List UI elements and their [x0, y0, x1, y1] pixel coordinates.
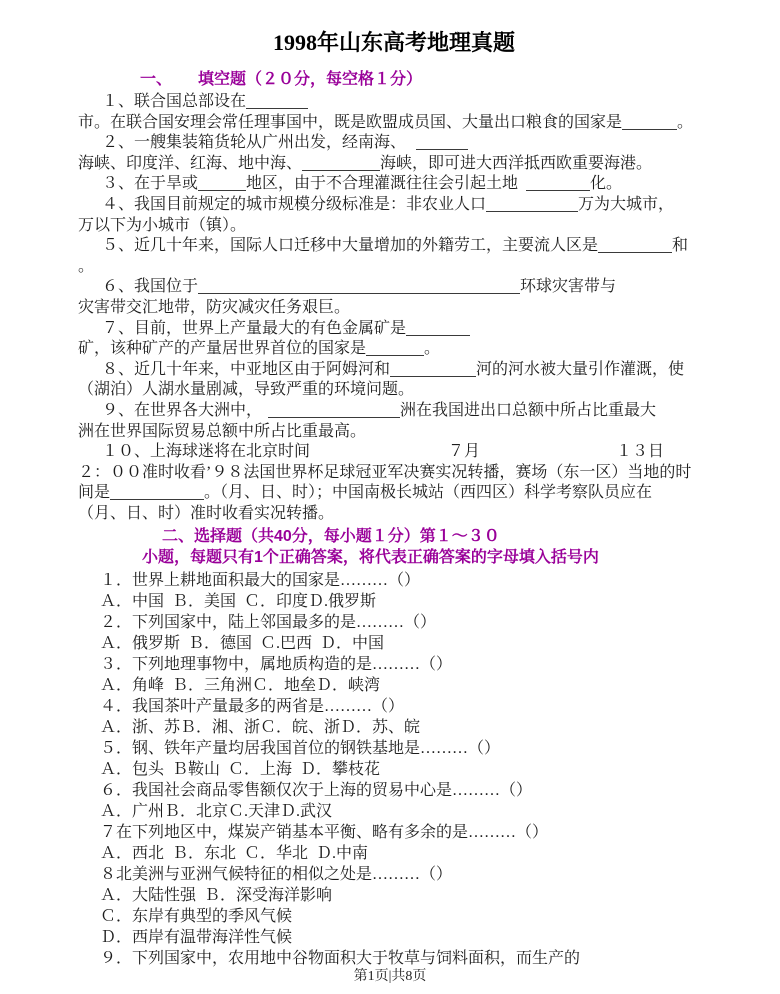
text-run: 。 [424, 340, 440, 357]
text-run: Ｃ．东岸有典型的季风气候 [100, 908, 292, 925]
mc-q5-options: Ａ．包头 Ｂ鞍山 Ｃ．上海 Ｄ．攀枝花 [100, 759, 710, 780]
text-run: 市。在联合国安理会常任理事国中，既是欧盟成员国、大量出口粮食的国家是 [78, 114, 622, 131]
mc-q8-option-c: Ｃ．东岸有典型的季风气候 [100, 906, 710, 927]
text-run: Ｄ．西岸有温带海洋性气候 [100, 929, 292, 946]
blank-underline [366, 343, 424, 356]
fill-q7-line2: 矿，该种矿产的产量居世界首位的国家是。 [78, 339, 710, 360]
mc-q7: ７在下列地区中，煤炭产销基本平衡、略有多余的是………（） [100, 822, 710, 843]
text-run: ４．我国茶叶产量最多的两省是………（） [100, 698, 404, 715]
text-run: 灾害带交汇地带，防灾减灾任务艰巨。 [78, 299, 350, 316]
text-run: ８北美洲与亚洲气候特征的相似之处是………（） [100, 866, 452, 883]
footer-page-indicator: 第1页|共8页 [0, 965, 780, 985]
text-run: Ａ．角峰 Ｂ．三角洲Ｃ．地垒Ｄ．峡湾 [100, 677, 380, 694]
text-run: 环球灾害带与 [520, 278, 616, 295]
text-run: 海峡，即可进大西洋抵西欧重要海港。 [380, 155, 652, 172]
fill-q10-line1: １０、上海球迷将在北京时间７月１３日 [102, 442, 710, 463]
page-content: 1998年山东高考地理真题 一、填空题（２０分，每空格１分）１、联合国总部设在市… [78, 26, 710, 969]
text-run: （月、日、时）准时收看实况转播。 [78, 505, 334, 522]
blank-underline [390, 364, 476, 377]
spacer [310, 455, 448, 456]
fill-q3: ３、在于旱或地区，由于不合理灌溉往往会引起土地化。 [102, 174, 710, 195]
fill-q9-line1: ９、在世界各大洲中，洲在我国进出口总额中所占比重最大 [102, 401, 710, 422]
fill-q10-line2: ２：００准时收看’９８法国世界杯足球冠亚军决赛实况转播，赛场（东一区）当地的时 [78, 463, 710, 484]
text-run: 填空题（２０分，每空格１分） [198, 71, 422, 88]
text-run: ２：００准时收看’９８法国世界杯足球冠亚军决赛实况转播，赛场（东一区）当地的时 [78, 464, 691, 481]
mc-q5: ５．钢、铁年产量均居我国首位的钢铁基地是………（） [100, 738, 710, 759]
fill-q9-line2: 洲在世界国际贸易总额中所占比重最高。 [78, 422, 710, 443]
text-run: Ａ．中国 Ｂ．美国 Ｃ．印度Ｄ.俄罗斯 [100, 593, 376, 610]
text-run: Ａ．大陆性强 Ｂ．深受海洋影响 [100, 887, 332, 904]
blank-underline [110, 487, 204, 500]
mc-q6: ６．我国社会商品零售额仅次于上海的贸易中心是………（） [100, 780, 710, 801]
text-run: 万以下为小城市（镇）。 [78, 217, 246, 234]
blank-underline [622, 117, 677, 130]
blank-underline [598, 240, 672, 253]
text-run: ２、一艘集装箱货轮从广州出发，经南海、 [102, 134, 406, 151]
fill-q5-line1: ５、近几十年来，国际人口迁移中大量增加的外籍劳工，主要流人区是和 [102, 236, 710, 257]
text-run: ３、在于旱或 [102, 175, 198, 192]
blank-underline [416, 137, 468, 150]
fill-q4-line1: ４、我国目前规定的城市规模分级标准是：非农业人口万为大城市， [102, 195, 710, 216]
fill-q2-line2: 海峡、印度洋、红海、地中海、海峡，即可进大西洋抵西欧重要海港。 [78, 154, 710, 175]
fill-q1-line1: １、联合国总部设在 [102, 92, 710, 113]
text-run: 万为大城市， [578, 196, 674, 213]
spacer [406, 146, 416, 147]
text-run: 。（月、日、时）；中国南极长城站（西四区）科学考察队员应在 [204, 484, 652, 501]
mc-q8: ８北美洲与亚洲气候特征的相似之处是………（） [100, 864, 710, 885]
text-run: 。 [78, 258, 94, 275]
text-run: Ａ．浙、苏Ｂ．湘、浙Ｃ．皖、浙Ｄ．苏、皖 [100, 719, 420, 736]
section2-heading-line2: 小题，每题只有1个正确答案，将代表正确答案的字母填入括号内 [142, 547, 710, 568]
spacer [480, 455, 616, 456]
fill-q5-line2: 。 [78, 257, 710, 278]
text-run: 二、选择题（共40分，每小题１分）第１～３０ [162, 528, 500, 545]
fill-q1-line2: 市。在联合国安理会常任理事国中，既是欧盟成员国、大量出口粮食的国家是。 [78, 113, 710, 134]
text-run: Ａ．广州Ｂ．北京Ｃ.天津Ｄ.武汉 [100, 803, 332, 820]
fill-q2-line1: ２、一艘集装箱货轮从广州出发，经南海、 [102, 133, 710, 154]
mc-q8-option-d: Ｄ．西岸有温带海洋性气候 [100, 927, 710, 948]
blank-underline [526, 178, 590, 191]
fill-q8-line2: （湖泊）人湖水量剧减，导致严重的环境问题。 [78, 380, 710, 401]
text-run: 海峡、印度洋、红海、地中海、 [78, 155, 302, 172]
fill-q10-line4: （月、日、时）准时收看实况转播。 [78, 504, 710, 525]
blank-underline [198, 178, 246, 191]
fill-q7-line1: ７、目前，世界上产量最大的有色金属矿是 [102, 319, 710, 340]
section1-heading: 一、填空题（２０分，每空格１分） [140, 68, 710, 92]
text-run: Ａ．包头 Ｂ鞍山 Ｃ．上海 Ｄ．攀枝花 [100, 761, 380, 778]
document-page: 1998年山东高考地理真题 一、填空题（２０分，每空格１分）１、联合国总部设在市… [0, 0, 780, 994]
mc-q3-options: Ａ．角峰 Ｂ．三角洲Ｃ．地垒Ｄ．峡湾 [100, 675, 710, 696]
fill-q10-line3: 间是。（月、日、时）；中国南极长城站（西四区）科学考察队员应在 [78, 483, 710, 504]
spacer [172, 83, 198, 84]
text-run: １０、上海球迷将在北京时间 [102, 443, 310, 460]
mc-q4-options: Ａ．浙、苏Ｂ．湘、浙Ｃ．皖、浙Ｄ．苏、皖 [100, 717, 710, 738]
text-run: １、联合国总部设在 [102, 93, 246, 110]
page-title: 1998年山东高考地理真题 [78, 26, 710, 60]
text-run: ７月 [448, 443, 480, 460]
text-run: ３．下列地理事物中，属地质构造的是………（） [100, 656, 452, 673]
text-run: 。 [677, 114, 693, 131]
text-run: ９、在世界各大洲中， [102, 402, 262, 419]
text-run: ４、我国目前规定的城市规模分级标准是：非农业人口 [102, 196, 486, 213]
text-run: 间是 [78, 484, 110, 501]
fill-q6-line1: ６、我国位于环球灾害带与 [102, 277, 710, 298]
mc-q4: ４．我国茶叶产量最多的两省是………（） [100, 696, 710, 717]
blank-underline [246, 96, 308, 109]
mc-q1-options: Ａ．中国 Ｂ．美国 Ｃ．印度Ｄ.俄罗斯 [100, 591, 710, 612]
blank-underline [486, 199, 578, 212]
text-run: 矿，该种矿产的产量居世界首位的国家是 [78, 340, 366, 357]
text-run: ６．我国社会商品零售额仅次于上海的贸易中心是………（） [100, 782, 532, 799]
spacer [518, 187, 526, 188]
blank-underline [406, 323, 470, 336]
mc-q2-options: Ａ．俄罗斯 Ｂ．德国 Ｃ.巴西 Ｄ．中国 [100, 633, 710, 654]
text-run: ７、目前，世界上产量最大的有色金属矿是 [102, 320, 406, 337]
text-run: 和 [672, 237, 688, 254]
text-run: Ａ．俄罗斯 Ｂ．德国 Ｃ.巴西 Ｄ．中国 [100, 635, 384, 652]
text-run: 洲在我国进出口总额中所占比重最大 [400, 402, 656, 419]
mc-q3: ３．下列地理事物中，属地质构造的是………（） [100, 654, 710, 675]
text-run: ６、我国位于 [102, 278, 198, 295]
text-run: 洲在世界国际贸易总额中所占比重最高。 [78, 423, 366, 440]
text-run: 地区，由于不合理灌溉往往会引起土地 [246, 175, 518, 192]
text-run: （湖泊）人湖水量剧减，导致严重的环境问题。 [78, 381, 414, 398]
text-run: 小题，每题只有1个正确答案，将代表正确答案的字母填入括号内 [142, 549, 599, 566]
blank-underline [268, 405, 400, 418]
text-run: ５．钢、铁年产量均居我国首位的钢铁基地是………（） [100, 740, 500, 757]
text-run: 河的河水被大量引作灌溉，使 [476, 361, 684, 378]
fill-q6-line2: 灾害带交汇地带，防灾减灾任务艰巨。 [78, 298, 710, 319]
text-run: １．世界上耕地面积最大的国家是………（） [100, 572, 420, 589]
text-run: ５、近几十年来，国际人口迁移中大量增加的外籍劳工，主要流人区是 [102, 237, 598, 254]
text-run: Ａ．西北 Ｂ．东北 Ｃ．华北 Ｄ.中南 [100, 845, 368, 862]
text-run: ８、近几十年来，中亚地区由于阿姆河和 [102, 361, 390, 378]
mc-q2: ２．下列国家中，陆上邻国最多的是………（） [100, 612, 710, 633]
section2-heading-line1: 二、选择题（共40分，每小题１分）第１～３０ [162, 526, 710, 547]
text-run: 一、 [140, 71, 172, 88]
mc-q8-options-ab: Ａ．大陆性强 Ｂ．深受海洋影响 [100, 885, 710, 906]
mc-q6-options: Ａ．广州Ｂ．北京Ｃ.天津Ｄ.武汉 [100, 801, 710, 822]
blank-underline [198, 281, 520, 294]
blank-underline [302, 158, 380, 171]
document-body-lines: 一、填空题（２０分，每空格１分）１、联合国总部设在市。在联合国安理会常任理事国中… [78, 68, 710, 969]
fill-q8-line1: ８、近几十年来，中亚地区由于阿姆河和河的河水被大量引作灌溉，使 [102, 360, 710, 381]
text-run: ７在下列地区中，煤炭产销基本平衡、略有多余的是………（） [100, 824, 548, 841]
text-run: 化。 [590, 175, 622, 192]
mc-q7-options: Ａ．西北 Ｂ．东北 Ｃ．华北 Ｄ.中南 [100, 843, 710, 864]
fill-q4-line2: 万以下为小城市（镇）。 [78, 216, 710, 237]
text-run: １３日 [616, 443, 664, 460]
text-run: ２．下列国家中，陆上邻国最多的是………（） [100, 614, 436, 631]
mc-q1: １．世界上耕地面积最大的国家是………（） [100, 570, 710, 591]
